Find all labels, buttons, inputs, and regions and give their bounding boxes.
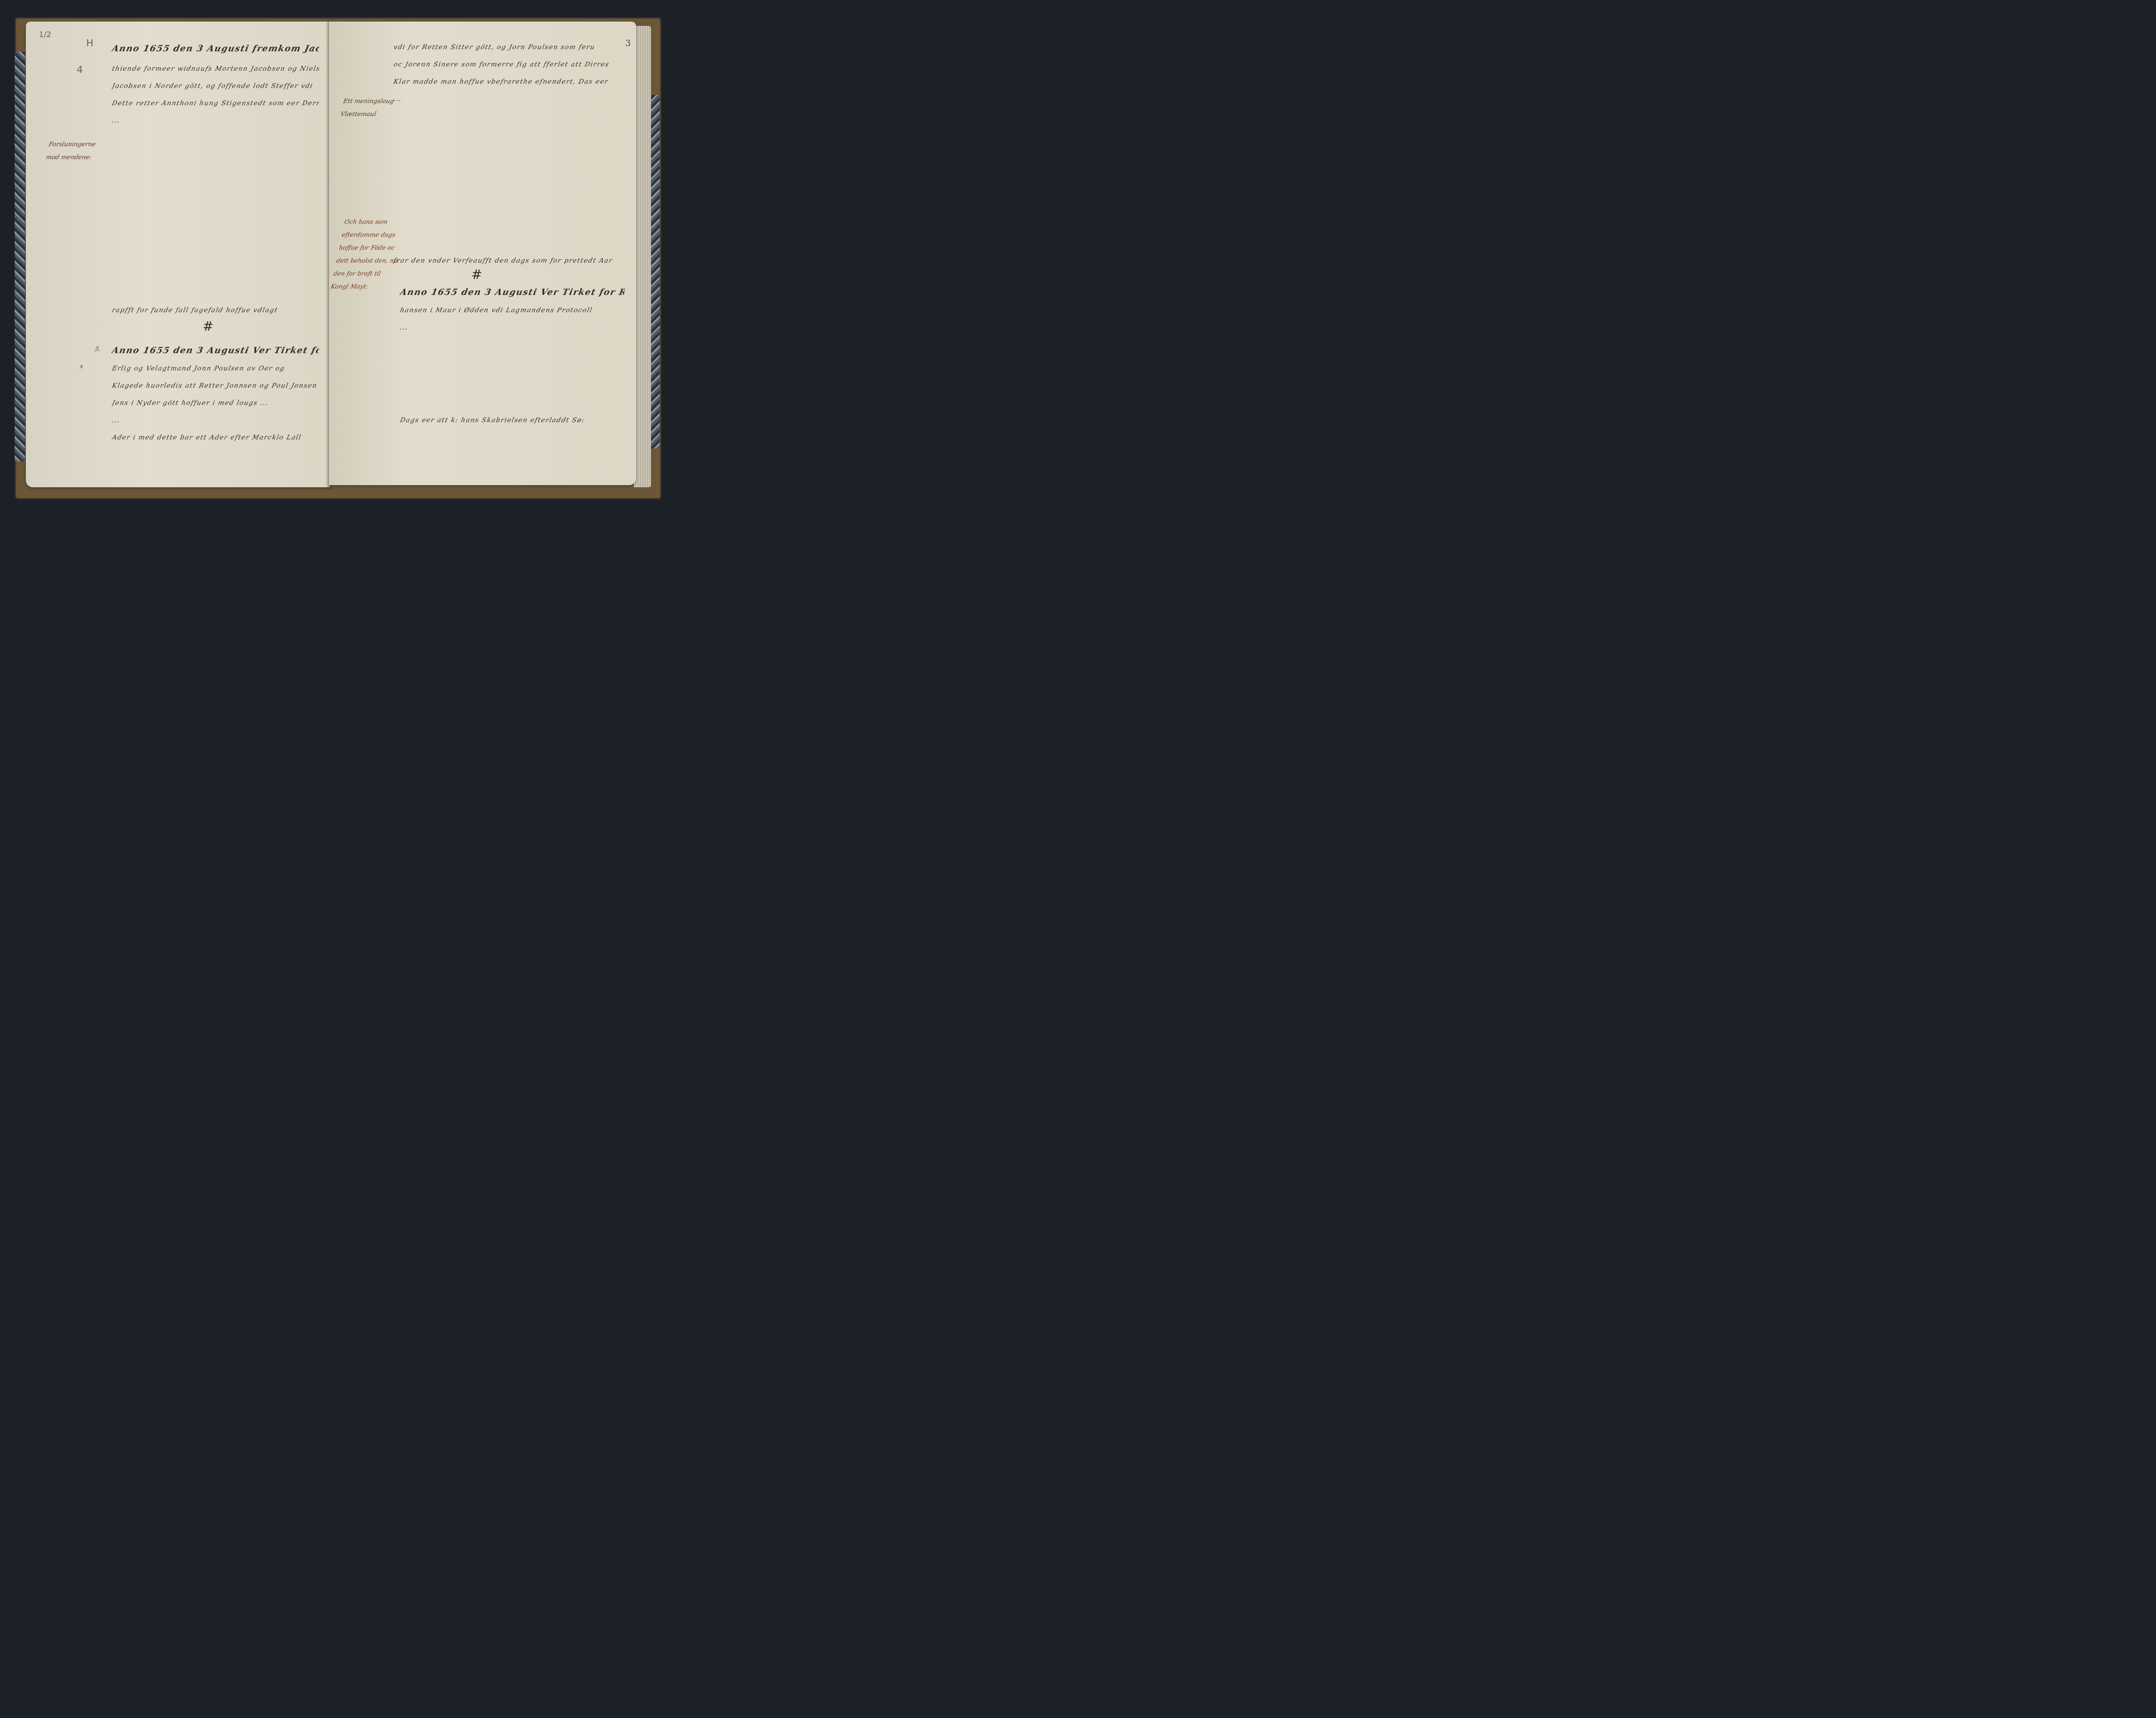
entry-heading: Anno 1655 den 3 Augusti fremkom Jacob Mo… <box>111 43 320 53</box>
section-separator: # <box>203 319 213 334</box>
margin-note: Och hans som efterdomme dags hoffue for … <box>329 216 411 293</box>
text-line: ... <box>393 95 623 103</box>
pencil-mark-4: 4 <box>77 65 83 75</box>
text-line: Erlig og Velagtmand Jonn Poulsen av Oer … <box>111 364 320 372</box>
corner-mark: 1/2 <box>39 30 51 39</box>
marbled-board-left <box>15 52 25 461</box>
text-line: oc Jorenn Sinere som formerre fig att ff… <box>393 60 623 68</box>
text-line: Dette retter Annthoni hung Stigenstedt s… <box>111 99 320 107</box>
text-line: Jens i Nyder gött hoffuer i med lougs ..… <box>111 399 320 407</box>
text-line: frar den vnder Verfeaufft den dags som f… <box>393 257 623 264</box>
text-line: ... <box>111 116 320 124</box>
text-line: Dags eer att k: hans Skabrielsen efterla… <box>399 416 625 424</box>
text-line: hansen i Maur i Ødden vdi Lagmandens Pro… <box>399 306 625 314</box>
pencil-mark-h: H <box>86 38 94 49</box>
margin-note: x <box>78 360 85 373</box>
left-page: 1/2 H 4 Forsluningerne mod mendene: 5. x… <box>26 22 330 487</box>
text-line: Klagede huorledis att Retter Jonnsen og … <box>111 382 320 389</box>
text-line: vdi for Retten Sitter gött, og Jorn Poul… <box>393 43 623 51</box>
text-line: thiende formeer widnaufs Mortenn Jacobse… <box>111 65 320 72</box>
text-line: ... <box>111 416 320 424</box>
entry-heading: Anno 1655 den 3 Augusti Ver Tirket for R… <box>111 345 320 355</box>
text-line: Jacobsen i Norder gött, og foffende lodt… <box>111 82 320 90</box>
page-edges <box>634 26 651 487</box>
section-separator: # <box>471 267 482 282</box>
margin-note: Forsluningerne mod mendene: <box>45 138 102 164</box>
right-page: Ett meningsloug Vlættemaul Och hans som … <box>329 22 636 485</box>
text-line: rapfft for funde fall fagefald hoffue vd… <box>111 306 320 314</box>
text-line: ... <box>399 323 625 331</box>
entry-heading: Anno 1655 den 3 Augusti Ver Tirket for R… <box>399 287 625 297</box>
text-line: Ader i med dette bar ett Ader efter Marc… <box>111 433 320 441</box>
text-line: Klar madde man hoffue vbefrarethe efnend… <box>393 78 623 85</box>
margin-note: Ett meningsloug Vlættemaul <box>339 95 397 121</box>
margin-note: 5. <box>94 343 102 356</box>
page-number: 3 <box>625 38 631 48</box>
